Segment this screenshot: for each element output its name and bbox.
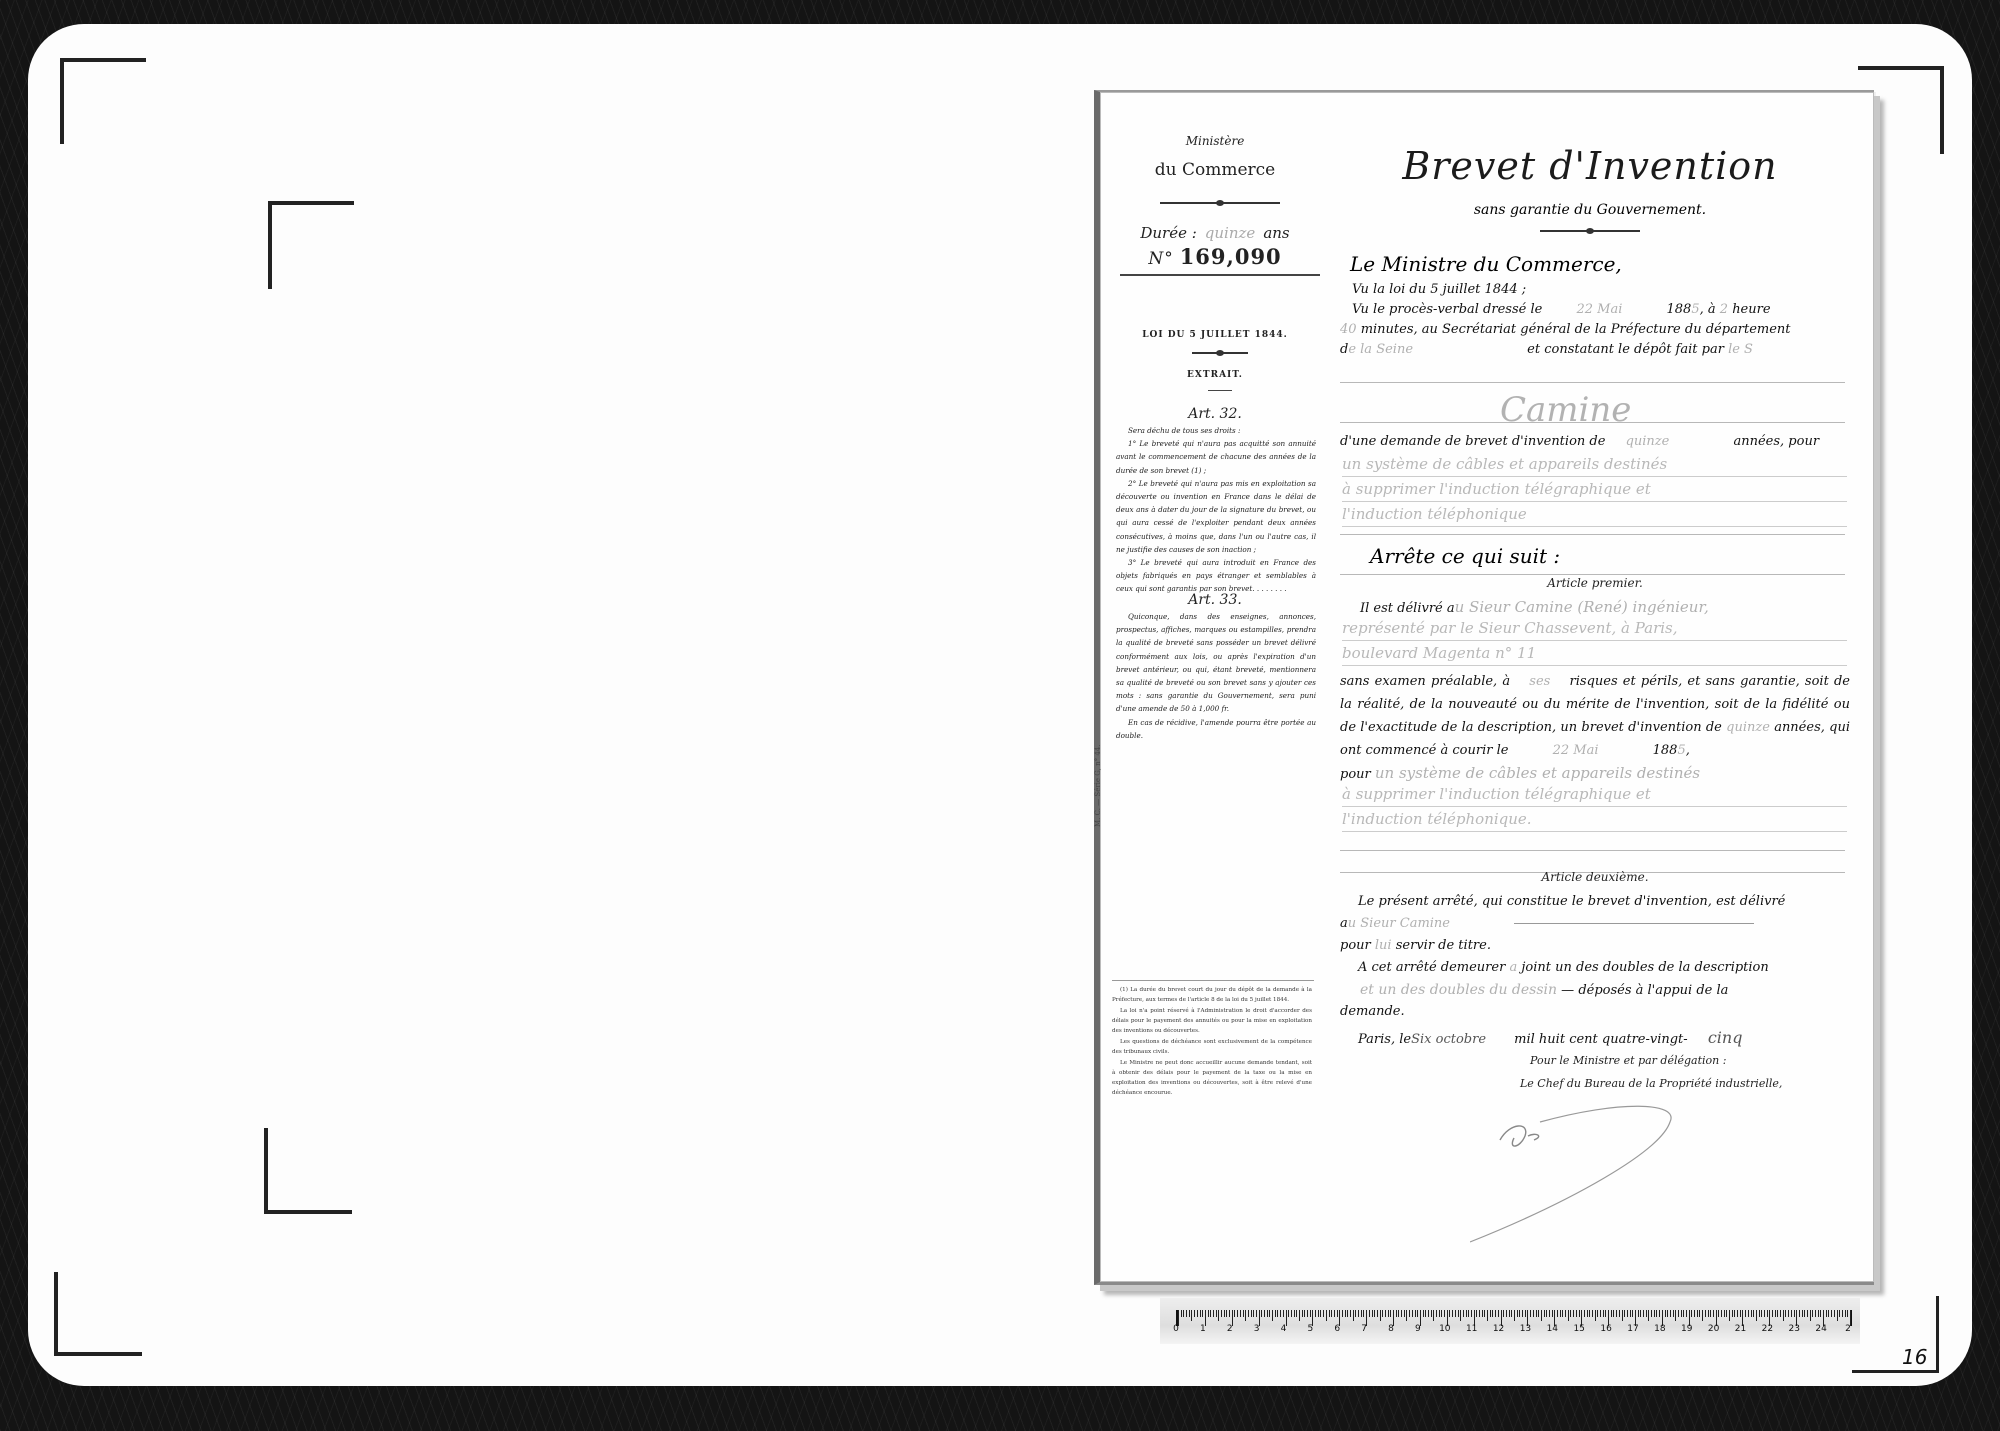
- ruler-tick: [1533, 1310, 1534, 1317]
- paragraph: 3° Le breveté qui aura introduit en Fran…: [1116, 556, 1316, 596]
- ruler-tick: [1350, 1310, 1351, 1317]
- bureau-chief-line: Le Chef du Bureau de la Propriété indust…: [1520, 1077, 1782, 1090]
- ruler-tick: [1398, 1310, 1399, 1317]
- filled-grantee: u Sieur Camine (René) ingénieur,: [1455, 598, 1709, 616]
- text: années, pour: [1733, 434, 1819, 449]
- ruler-tick: [1756, 1310, 1757, 1321]
- grantee-line: représenté par le Sieur Chassevent, à Pa…: [1342, 616, 1847, 641]
- ruler-tick: [1538, 1310, 1539, 1317]
- ornament-divider: [1160, 202, 1280, 204]
- text: a: [1340, 916, 1348, 931]
- ruler-tick: [1441, 1310, 1442, 1317]
- ruler-tick: [1643, 1310, 1644, 1317]
- ruler-label: 11: [1466, 1324, 1477, 1334]
- ruler-tick: [1589, 1310, 1590, 1317]
- ruler-tick: [1568, 1310, 1569, 1321]
- text: pour: [1340, 938, 1371, 953]
- ruler-tick: [1519, 1310, 1520, 1317]
- ruler-tick: [1576, 1310, 1577, 1317]
- filled-text: lui: [1375, 938, 1392, 953]
- filled-department: e la Seine: [1348, 342, 1413, 357]
- form-line: [1340, 382, 1845, 383]
- invention-line: l'induction téléphonique: [1342, 502, 1847, 527]
- ruler-tick: [1775, 1310, 1776, 1317]
- ruler-tick: [1622, 1310, 1623, 1321]
- ruler-tick: [1248, 1310, 1249, 1317]
- ruler-tick: [1511, 1310, 1512, 1317]
- ruler-tick: [1772, 1310, 1773, 1317]
- ruler-tick: [1210, 1310, 1211, 1317]
- invention-line: un système de câbles et appareils destin…: [1342, 452, 1847, 477]
- paragraph: Sera déchu de tous ses droits :: [1116, 424, 1316, 437]
- ruler-tick: [1226, 1310, 1227, 1317]
- article-32-text: Sera déchu de tous ses droits : 1° Le br…: [1116, 424, 1316, 596]
- ruler-tick: [1382, 1310, 1383, 1317]
- footnote: Les questions de déchéance sont exclusiv…: [1112, 1037, 1312, 1057]
- ruler-tick: [1694, 1310, 1695, 1317]
- ornament-divider: [1540, 230, 1640, 232]
- minister-heading: Le Ministre du Commerce,: [1350, 252, 1622, 276]
- ruler-tick: [1347, 1310, 1348, 1317]
- ruler-tick: [1409, 1310, 1410, 1317]
- department-line: de la Seine et constatant le dépôt fait …: [1340, 342, 1850, 357]
- ruler-label: 7: [1361, 1324, 1367, 1334]
- ruler-ticks: [1176, 1310, 1852, 1326]
- ruler-tick: [1466, 1310, 1467, 1317]
- patent-document: Ministère du Commerce Durée :quinzeans N…: [1094, 90, 1874, 1285]
- ruler-tick: [1197, 1310, 1198, 1317]
- ruler-tick: [1737, 1310, 1738, 1317]
- document-title: Brevet d'Invention: [1330, 144, 1850, 188]
- ruler-tick: [1253, 1310, 1254, 1317]
- minutes-line: 40 minutes, au Secrétariat général de la…: [1340, 322, 1850, 337]
- ruler-tick: [1691, 1310, 1692, 1317]
- ruler-tick: [1681, 1310, 1682, 1317]
- ruler-tick: [1390, 1310, 1391, 1317]
- ruler-tick: [1213, 1310, 1214, 1317]
- ruler-tick: [1296, 1310, 1297, 1317]
- ruler-tick: [1396, 1310, 1397, 1317]
- delegation-line: Pour le Ministre et par délégation :: [1530, 1054, 1726, 1067]
- ruler-tick: [1299, 1310, 1300, 1321]
- crop-mark-outer-top-left: [60, 58, 146, 144]
- ruler-label: 23: [1789, 1324, 1800, 1334]
- ruler-tick: [1490, 1310, 1491, 1317]
- text: et constatant le dépôt fait par: [1527, 342, 1724, 357]
- ruler-label: 13: [1520, 1324, 1531, 1334]
- ruler-tick: [1385, 1310, 1386, 1317]
- ruler-tick: [1748, 1310, 1749, 1317]
- ruler-tick: [1331, 1310, 1332, 1317]
- invention-title: un système de câbles et appareils destin…: [1342, 452, 1847, 527]
- ruler-tick: [1745, 1310, 1746, 1317]
- ruler-tick: [1764, 1310, 1765, 1317]
- article-33-text: Quiconque, dans des enseignes, annonces,…: [1116, 610, 1316, 742]
- ruler-tick: [1656, 1310, 1657, 1317]
- paragraph: Quiconque, dans des enseignes, annonces,…: [1116, 610, 1316, 716]
- ruler-tick: [1729, 1310, 1730, 1321]
- ruler-tick: [1785, 1310, 1786, 1317]
- ruler-label: 3: [1254, 1324, 1260, 1334]
- ruler-tick: [1264, 1310, 1265, 1317]
- ruler-tick: [1837, 1310, 1838, 1321]
- ruler-tick: [1751, 1310, 1752, 1317]
- grantee-line: boulevard Magenta n° 11: [1342, 641, 1847, 666]
- ruler-tick: [1388, 1310, 1389, 1317]
- ruler-tick: [1611, 1310, 1612, 1317]
- ruler-tick: [1734, 1310, 1735, 1317]
- patent-number: N°169,090: [1110, 244, 1320, 269]
- ruler-tick: [1847, 1310, 1848, 1317]
- ruler-tick: [1584, 1310, 1585, 1317]
- ruler-tick: [1552, 1310, 1553, 1317]
- ruler-tick: [1307, 1310, 1308, 1317]
- ruler-tick: [1439, 1310, 1440, 1317]
- ruler-tick: [1492, 1310, 1493, 1317]
- invention-line: à supprimer l'induction télégraphique et: [1342, 782, 1847, 807]
- invention-title-repeat: à supprimer l'induction télégraphique et…: [1342, 782, 1847, 832]
- ruler-tick: [1337, 1310, 1338, 1317]
- ruler-tick: [1613, 1310, 1614, 1317]
- ruler-tick: [1189, 1310, 1190, 1317]
- ruler-tick: [1619, 1310, 1620, 1317]
- ruler-tick: [1740, 1310, 1741, 1317]
- article-2-line-3: pour lui servir de titre.: [1340, 938, 1850, 953]
- ruler-tick: [1565, 1310, 1566, 1317]
- article-2-line-6: demande.: [1340, 1004, 1850, 1019]
- ruler-tick: [1562, 1310, 1563, 1317]
- ruler-tick: [1592, 1310, 1593, 1317]
- vu-proces-verbal-line: Vu le procès-verbal dressé le 22 Mai 188…: [1352, 302, 1862, 317]
- ruler-tick: [1721, 1310, 1722, 1317]
- ruler-tick: [1302, 1310, 1303, 1317]
- ruler-tick: [1753, 1310, 1754, 1317]
- ministry-name: du Commerce: [1110, 160, 1320, 180]
- ruler-tick: [1423, 1310, 1424, 1317]
- text: un des doubles de la description: [1555, 960, 1769, 975]
- ruler-tick: [1759, 1310, 1760, 1317]
- ruler-tick: [1530, 1310, 1531, 1317]
- ruler-tick: [1732, 1310, 1733, 1317]
- law-heading: LOI DU 5 JUILLET 1844.: [1110, 330, 1320, 340]
- form-line: [1340, 534, 1845, 535]
- extract-heading: EXTRAIT.: [1110, 370, 1320, 380]
- ruler-tick: [1458, 1310, 1459, 1317]
- ruler-tick: [1377, 1310, 1378, 1317]
- ruler-tick: [1256, 1310, 1257, 1317]
- ruler-tick: [1839, 1310, 1840, 1317]
- duration-unit: ans: [1263, 224, 1289, 242]
- ruler-tick: [1670, 1310, 1671, 1317]
- ruler-tick: [1304, 1310, 1305, 1317]
- footnotes: (1) La durée du brevet court du jour du …: [1112, 985, 1312, 1099]
- ruler-tick: [1455, 1310, 1456, 1317]
- ruler-tick: [1724, 1310, 1725, 1317]
- ruler-tick: [1355, 1310, 1356, 1317]
- ruler-tick: [1401, 1310, 1402, 1317]
- ruler-tick: [1353, 1310, 1354, 1321]
- ruler-tick: [1654, 1310, 1655, 1317]
- paragraph: En cas de récidive, l'amende pourra être…: [1116, 716, 1316, 742]
- article-2-line-5: et un des doubles du dessin — déposés à …: [1360, 982, 1870, 998]
- ruler-tick: [1683, 1310, 1684, 1317]
- demande-line: d'une demande de brevet d'invention de q…: [1340, 434, 1850, 449]
- crop-mark-outer-bottom-left: [54, 1272, 142, 1356]
- article-2-heading: Article deuxième.: [1340, 870, 1850, 884]
- ruler-tick: [1767, 1310, 1768, 1317]
- article-2-line-2: au Sieur Camine: [1340, 916, 1850, 931]
- ruler-tick: [1807, 1310, 1808, 1317]
- ruler-label: 24: [1815, 1324, 1826, 1334]
- ruler-label: 14: [1547, 1324, 1558, 1334]
- ruler-tick: [1323, 1310, 1324, 1317]
- signature: [1470, 1092, 1710, 1252]
- ruler-tick: [1517, 1310, 1518, 1317]
- vu-loi-line: Vu la loi du 5 juillet 1844 ;: [1352, 282, 1862, 297]
- text: d'une demande de brevet d'invention de: [1340, 434, 1605, 449]
- text: 188: [1653, 743, 1678, 758]
- ruler-label: 21: [1735, 1324, 1746, 1334]
- delivre-line: Il est délivré au Sieur Camine (René) in…: [1360, 598, 1870, 616]
- ruler-tick: [1699, 1310, 1700, 1317]
- ruler-tick: [1487, 1310, 1488, 1321]
- ruler-tick: [1600, 1310, 1601, 1317]
- ruler-tick: [1272, 1310, 1273, 1321]
- ruler-tick: [1573, 1310, 1574, 1317]
- ruler-tick: [1320, 1310, 1321, 1317]
- ruler-tick: [1415, 1310, 1416, 1317]
- ruler-tick: [1310, 1310, 1311, 1317]
- ruler-tick: [1345, 1310, 1346, 1317]
- ruler-tick: [1498, 1310, 1499, 1317]
- depositor-name: Camine: [1500, 390, 1631, 430]
- ruler-tick: [1202, 1310, 1203, 1317]
- ruler-tick: [1815, 1310, 1816, 1317]
- filled-minutes: 40: [1340, 322, 1357, 337]
- form-line: [1514, 923, 1754, 924]
- ruler-label: 2: [1227, 1324, 1233, 1334]
- ruler-tick: [1624, 1310, 1625, 1317]
- text: pour: [1340, 767, 1371, 782]
- ruler-tick: [1708, 1310, 1709, 1317]
- ruler-tick: [1777, 1310, 1778, 1317]
- ruler-tick: [1675, 1310, 1676, 1321]
- ruler-tick: [1794, 1310, 1795, 1317]
- ruler-tick: [1291, 1310, 1292, 1317]
- ruler-tick: [1372, 1310, 1373, 1317]
- ruler-tick: [1216, 1310, 1217, 1317]
- ruler-tick: [1482, 1310, 1483, 1317]
- ruler-tick: [1269, 1310, 1270, 1317]
- ruler-tick: [1460, 1310, 1461, 1321]
- ruler-tick: [1514, 1310, 1515, 1321]
- ruler-label: 15: [1573, 1324, 1584, 1334]
- ruler-tick: [1200, 1310, 1201, 1317]
- ruler-tick: [1651, 1310, 1652, 1317]
- ruler-tick: [1549, 1310, 1550, 1317]
- duration-value: quinze: [1205, 224, 1256, 242]
- ruler-tick: [1509, 1310, 1510, 1317]
- ruler-tick: [1630, 1310, 1631, 1317]
- filled-date: 22 Mai: [1576, 302, 1622, 317]
- ruler-tick: [1667, 1310, 1668, 1317]
- footnote: Le Ministre ne peut donc accueillir aucu…: [1112, 1058, 1312, 1098]
- text: servir de titre.: [1396, 938, 1491, 953]
- ruler-tick: [1783, 1310, 1784, 1321]
- ruler-tick: [1186, 1310, 1187, 1317]
- ruler-tick: [1845, 1310, 1846, 1317]
- ruler-label: 20: [1708, 1324, 1719, 1334]
- ruler-tick: [1218, 1310, 1219, 1321]
- ruler-tick: [1471, 1310, 1472, 1317]
- ruler-tick: [1243, 1310, 1244, 1317]
- ruler-tick: [1495, 1310, 1496, 1317]
- ruler-tick: [1275, 1310, 1276, 1317]
- filled-date: 22 Mai: [1553, 743, 1599, 758]
- ruler-tick: [1412, 1310, 1413, 1317]
- ruler-label: 22: [1762, 1324, 1773, 1334]
- ruler-tick: [1686, 1310, 1687, 1317]
- ruler-tick: [1358, 1310, 1359, 1317]
- text: A cet arrêté demeurer: [1358, 960, 1505, 975]
- ruler-tick: [1646, 1310, 1647, 1317]
- ruler-tick: [1557, 1310, 1558, 1317]
- ruler-tick: [1810, 1310, 1811, 1321]
- paragraph: 2° Le breveté qui n'aura pas mis en expl…: [1116, 477, 1316, 556]
- ruler-tick: [1251, 1310, 1252, 1317]
- ornament-divider: [1192, 352, 1248, 354]
- ruler-tick: [1831, 1310, 1832, 1317]
- footnote: La loi n'a point réservé à l'Administrat…: [1112, 1006, 1312, 1036]
- text: , à: [1700, 302, 1716, 317]
- text: heure: [1732, 302, 1770, 317]
- filled-month: octobre: [1436, 1032, 1486, 1047]
- ruler-tick: [1315, 1310, 1316, 1317]
- paragraph: 1° Le breveté qui n'aura pas acquitté so…: [1116, 437, 1316, 477]
- filled-invention: un système de câbles et appareils destin…: [1375, 764, 1700, 782]
- ruler-tick: [1428, 1310, 1429, 1317]
- ruler-tick: [1194, 1310, 1195, 1317]
- invention-line: à supprimer l'induction télégraphique et: [1342, 477, 1847, 502]
- ruler-tick: [1579, 1310, 1580, 1317]
- ruler-label: 5: [1308, 1324, 1314, 1334]
- ruler-label: 18: [1654, 1324, 1665, 1334]
- ruler-label: 16: [1600, 1324, 1611, 1334]
- ruler-tick: [1463, 1310, 1464, 1317]
- ruler-tick: [1546, 1310, 1547, 1317]
- duration-label: Durée :: [1140, 224, 1196, 242]
- text: minutes, au Secrétariat général de la Pr…: [1361, 322, 1791, 337]
- ruler-tick: [1294, 1310, 1295, 1317]
- number-prefix: N°: [1148, 249, 1173, 269]
- ruler-tick: [1452, 1310, 1453, 1317]
- ruler-tick: [1326, 1310, 1327, 1321]
- ruler-tick: [1476, 1310, 1477, 1317]
- ruler-tick: [1224, 1310, 1225, 1317]
- form-line: [1340, 850, 1845, 851]
- ruler-tick: [1425, 1310, 1426, 1317]
- ruler-tick: [1183, 1310, 1184, 1317]
- ruler-tick: [1245, 1310, 1246, 1321]
- ruler-tick: [1431, 1310, 1432, 1317]
- ruler-tick: [1267, 1310, 1268, 1317]
- ruler-tick: [1374, 1310, 1375, 1317]
- pour-line: pour un système de câbles et appareils d…: [1340, 764, 1850, 782]
- ruler-tick: [1702, 1310, 1703, 1321]
- ruler-tick: [1436, 1310, 1437, 1317]
- filled-hour: 2: [1720, 302, 1728, 317]
- ruler-tick: [1342, 1310, 1343, 1317]
- footnote: (1) La durée du brevet court du jour du …: [1112, 985, 1312, 1005]
- ruler-tick: [1587, 1310, 1588, 1317]
- filled-text: le S: [1728, 342, 1753, 357]
- invention-line: l'induction téléphonique.: [1342, 807, 1847, 832]
- divider: [1112, 980, 1314, 981]
- ruler-label: 8: [1388, 1324, 1394, 1334]
- form-reference: M. C. — Série G, n° 44.: [1094, 745, 1102, 827]
- article-1-body: sans examen préalable, à ses risques et …: [1340, 670, 1850, 762]
- filled-text: et un des doubles du dessin: [1360, 982, 1557, 998]
- arrete-heading: Arrête ce qui suit :: [1370, 544, 1560, 568]
- ruler-tick: [1237, 1310, 1238, 1317]
- ruler-label: 2: [1845, 1324, 1851, 1334]
- ruler-tick: [1842, 1310, 1843, 1317]
- filled-year: 5: [1691, 302, 1699, 317]
- ruler-tick: [1713, 1310, 1714, 1317]
- form-line: [1340, 574, 1845, 575]
- ruler-tick: [1484, 1310, 1485, 1317]
- ruler-tick: [1595, 1310, 1596, 1321]
- text: déposés à l'appui de la: [1578, 983, 1728, 998]
- ruler-tick: [1632, 1310, 1633, 1317]
- ruler-tick: [1616, 1310, 1617, 1317]
- ruler-tick: [1605, 1310, 1606, 1317]
- filled-day: Six: [1411, 1032, 1431, 1047]
- ruler-label: 6: [1334, 1324, 1340, 1334]
- crop-mark-inner-top-left: [268, 201, 354, 289]
- ruler-tick: [1820, 1310, 1821, 1317]
- ruler-label: 0: [1173, 1324, 1179, 1334]
- ruler-tick: [1444, 1310, 1445, 1317]
- ruler-tick: [1780, 1310, 1781, 1317]
- ruler-tick: [1638, 1310, 1639, 1317]
- frame-number: 16: [1902, 1345, 1927, 1369]
- ruler-tick: [1799, 1310, 1800, 1317]
- ruler-tick: [1234, 1310, 1235, 1317]
- ruler-tick: [1318, 1310, 1319, 1317]
- ruler-tick: [1761, 1310, 1762, 1317]
- ruler-tick: [1221, 1310, 1222, 1317]
- ruler-tick: [1659, 1310, 1660, 1317]
- ruler-label: 1: [1200, 1324, 1206, 1334]
- filled-year: 5: [1677, 743, 1685, 758]
- ruler-tick: [1181, 1310, 1182, 1317]
- ruler-tick: [1603, 1310, 1604, 1317]
- text: Il est délivré a: [1360, 601, 1455, 616]
- ruler-tick: [1261, 1310, 1262, 1317]
- ruler-tick: [1710, 1310, 1711, 1317]
- ruler-tick: [1541, 1310, 1542, 1321]
- ruler-tick: [1406, 1310, 1407, 1321]
- ruler-label: 12: [1493, 1324, 1504, 1334]
- ruler-label: 4: [1281, 1324, 1287, 1334]
- ruler-tick: [1812, 1310, 1813, 1317]
- grantee-lines: représenté par le Sieur Chassevent, à Pa…: [1342, 616, 1847, 666]
- text: sans examen préalable, à: [1340, 674, 1510, 689]
- ruler-tick: [1597, 1310, 1598, 1317]
- ruler-tick: [1697, 1310, 1698, 1317]
- ruler-tick: [1280, 1310, 1281, 1317]
